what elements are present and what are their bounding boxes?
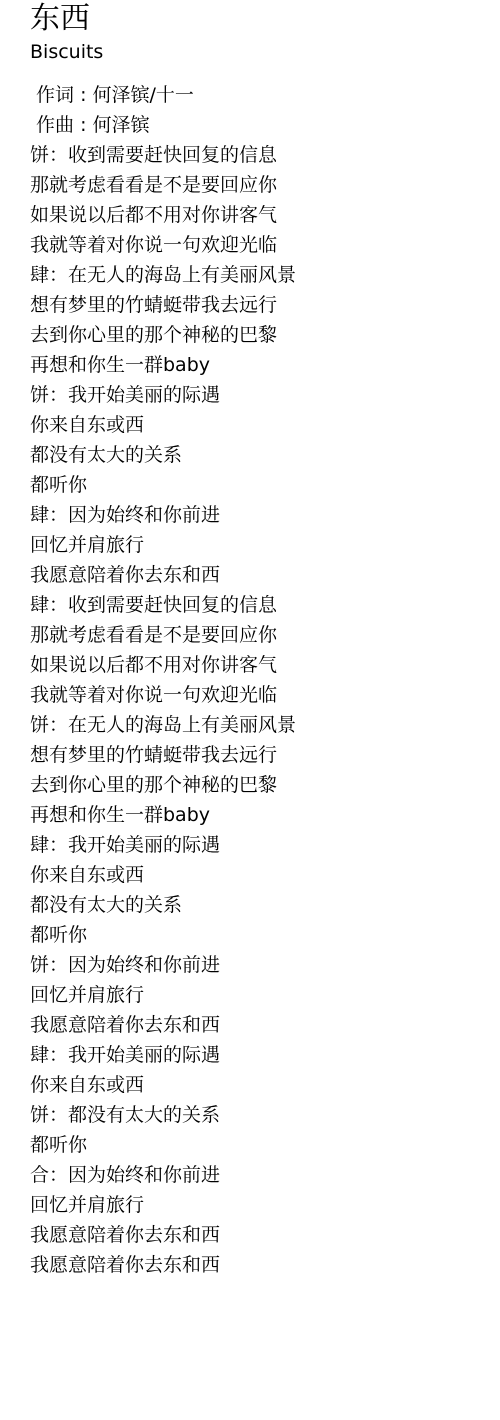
lyric-line: 你来自东或西 (30, 410, 500, 440)
lyric-line: 我愿意陪着你去东和西 (30, 1010, 500, 1040)
lyrics-body: 作词 : 何泽镔/十一 作曲 : 何泽镔 饼：收到需要赶快回复的信息 那就考虑看… (30, 80, 500, 1280)
lyric-line: 想有梦里的竹蜻蜓带我去远行 (30, 290, 500, 320)
lyric-line: 我就等着对你说一句欢迎光临 (30, 680, 500, 710)
lyric-line: 那就考虑看看是不是要回应你 (30, 620, 500, 650)
lyric-line: 回忆并肩旅行 (30, 980, 500, 1010)
lyric-line: 再想和你生一群baby (30, 350, 500, 380)
lyric-line: 如果说以后都不用对你讲客气 (30, 650, 500, 680)
lyric-line: 如果说以后都不用对你讲客气 (30, 200, 500, 230)
lyric-line: 都听你 (30, 470, 500, 500)
lyric-line: 都听你 (30, 920, 500, 950)
lyric-line: 肆：在无人的海岛上有美丽风景 (30, 260, 500, 290)
lyric-line: 你来自东或西 (30, 860, 500, 890)
song-title: 东西 (30, 0, 500, 38)
lyric-line: 饼：收到需要赶快回复的信息 (30, 140, 500, 170)
lyric-line: 都听你 (30, 1130, 500, 1160)
lyric-line: 肆：我开始美丽的际遇 (30, 1040, 500, 1070)
lyric-line: 去到你心里的那个神秘的巴黎 (30, 320, 500, 350)
lyric-line: 回忆并肩旅行 (30, 1190, 500, 1220)
lyric-line: 你来自东或西 (30, 1070, 500, 1100)
lyric-line: 我愿意陪着你去东和西 (30, 1220, 500, 1250)
lyric-credit-lyricist: 作词 : 何泽镔/十一 (30, 80, 500, 110)
lyric-line: 再想和你生一群baby (30, 800, 500, 830)
artist-name: Biscuits (30, 40, 500, 66)
lyric-line: 我愿意陪着你去东和西 (30, 560, 500, 590)
lyric-line: 都没有太大的关系 (30, 890, 500, 920)
lyric-line: 合：因为始终和你前进 (30, 1160, 500, 1190)
lyric-line: 肆：收到需要赶快回复的信息 (30, 590, 500, 620)
lyric-line: 我就等着对你说一句欢迎光临 (30, 230, 500, 260)
lyric-line: 去到你心里的那个神秘的巴黎 (30, 770, 500, 800)
lyric-line: 肆：我开始美丽的际遇 (30, 830, 500, 860)
lyric-line: 饼：都没有太大的关系 (30, 1100, 500, 1130)
lyrics-page: 东西 Biscuits 作词 : 何泽镔/十一 作曲 : 何泽镔 饼：收到需要赶… (0, 0, 500, 1280)
lyric-line: 饼：在无人的海岛上有美丽风景 (30, 710, 500, 740)
lyric-line: 回忆并肩旅行 (30, 530, 500, 560)
lyric-line: 都没有太大的关系 (30, 440, 500, 470)
lyric-line: 饼：我开始美丽的际遇 (30, 380, 500, 410)
lyric-line: 肆：因为始终和你前进 (30, 500, 500, 530)
lyric-credit-composer: 作曲 : 何泽镔 (30, 110, 500, 140)
lyric-line: 那就考虑看看是不是要回应你 (30, 170, 500, 200)
lyric-line: 想有梦里的竹蜻蜓带我去远行 (30, 740, 500, 770)
lyric-line: 饼：因为始终和你前进 (30, 950, 500, 980)
lyric-line: 我愿意陪着你去东和西 (30, 1250, 500, 1280)
